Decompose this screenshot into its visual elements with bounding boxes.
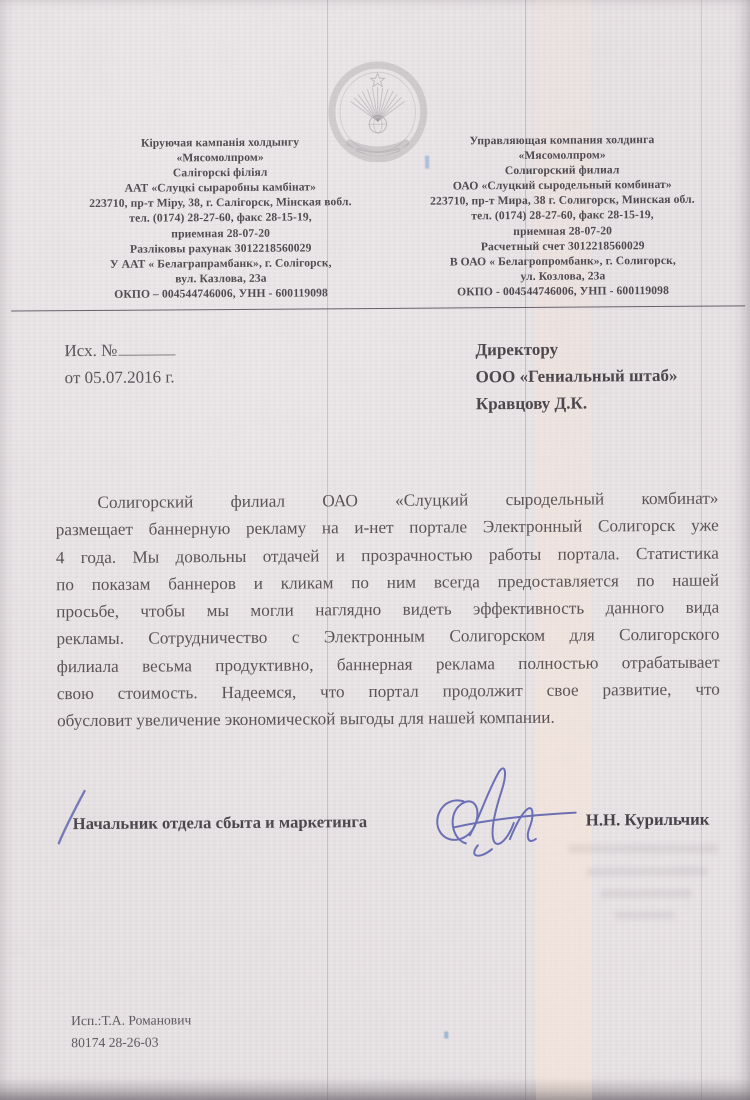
signer-title: Начальник отдела сбыта и маркетинга (73, 812, 368, 834)
outgoing-date-line: от 05.07.2016 г. (65, 364, 176, 391)
text-line: ООО «Гениальный штаб» (476, 362, 678, 391)
text-line: обусловит увеличение экономической выгод… (57, 703, 720, 735)
outgoing-number-label: Исх. № (64, 341, 117, 360)
bleed-through-mark (614, 911, 674, 919)
text-line: Кравцову Д.К. (476, 389, 678, 418)
pen-mark-slash (54, 788, 90, 846)
bleed-through-mark (568, 844, 718, 853)
letterhead-divider-rule (11, 305, 745, 311)
text-line: размещает баннерную рекламу на и-нет пор… (56, 512, 719, 544)
bleed-through-mark (600, 889, 692, 899)
outgoing-number-line: Исх. № (64, 337, 175, 364)
executor-block: Исп.:Т.А. Романович 80174 28-26-03 (71, 1009, 191, 1054)
signer-name: Н.Н. Курильчик (586, 810, 710, 831)
text-line: ОКПО – 004544746006, УНН - 600119098 (52, 285, 390, 302)
text-line: 223710, пр-т Мира, 38 г. Солигорск, Минс… (393, 192, 731, 209)
letterhead-russian: Управляющая компания холдинга«Мясомолпро… (393, 132, 732, 300)
bleed-through-mark (586, 867, 708, 877)
outgoing-number-blank (118, 339, 175, 355)
text-line: ОКПО - 004544746006, УНП - 600119098 (394, 282, 732, 299)
handwritten-signature (429, 765, 580, 861)
scanned-letter-page: Кіруючая кампанія холдынгу«Мясомолпром»С… (0, 0, 750, 1100)
executor-name: Исп.:Т.А. Романович (71, 1009, 191, 1032)
text-line: 223710, пр-т Міру, 38, г. Салігорск, Мін… (51, 194, 389, 211)
recipient-block: ДиректоруООО «Гениальный штаб»Кравцову Д… (475, 335, 677, 418)
text-line: Директору (475, 335, 677, 364)
executor-phone: 80174 28-26-03 (71, 1031, 191, 1054)
letter-content: Кіруючая кампанія холдынгу«Мясомолпром»С… (0, 0, 750, 1100)
outgoing-reference-block: Исх. № от 05.07.2016 г. (64, 337, 175, 391)
text-line: рекламы. Сотрудничество с Электронным Со… (56, 621, 719, 653)
ink-speck (444, 1032, 448, 1039)
text-line: свою стоимость. Надеемся, что портал про… (57, 676, 720, 708)
letterhead-belarusian: Кіруючая кампанія холдынгу«Мясомолпром»С… (51, 134, 390, 302)
letter-body: Солигорский филиал ОАО «Слуцкий сыродель… (55, 485, 720, 735)
ink-speck (425, 156, 429, 169)
